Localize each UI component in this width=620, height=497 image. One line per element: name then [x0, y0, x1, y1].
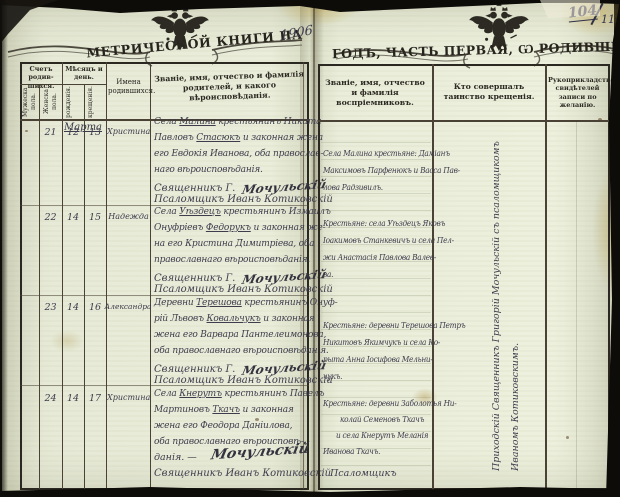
column-header-born: рожденія.	[65, 86, 82, 118]
record-child-name: Христина	[107, 393, 150, 402]
parents-line: Села Малина крестьянинъ Никита	[154, 116, 321, 127]
godparents-line: Крестьяне: села Уѣздецъ Яковъ	[323, 218, 445, 228]
godparents-line: Иванова Ткачъ.	[323, 446, 380, 456]
record-born-day: 14	[63, 302, 83, 313]
record-count-female: 23	[40, 302, 61, 313]
column-header-month-day: Мѣсяцъ и день.	[63, 65, 105, 82]
godparents-line: чукъ.	[323, 371, 342, 381]
parents-line: оба православнаго вѣроисповѣданія.	[154, 345, 329, 356]
godparents-line: рыта Анна Іосифова Мельни-	[323, 354, 433, 364]
record-baptism-day: 16	[85, 302, 105, 313]
record-baptism-day: 13	[85, 127, 105, 138]
parents-line: Деревни Терешова крестьянинъ Онуф-	[154, 297, 337, 308]
godparents-line: колай Семеновъ Ткачъ	[340, 414, 424, 424]
record-count-female: 24	[40, 393, 61, 404]
psalmist-line: Псаломщикъ Иванъ Котиковскій	[154, 375, 333, 386]
officiant-vertical-note: Приходскій Священникъ Григорій Мочульскі…	[487, 136, 529, 471]
parents-line: Села Кнерутъ крестьянинъ Павелъ	[154, 388, 324, 399]
priest-signature-line: Священникъ Г. Мочульскій	[154, 270, 326, 284]
psalmist-line: Псаломщикъ Иванъ Котиковскій	[154, 284, 333, 295]
godparents-line: ва.	[323, 269, 333, 279]
record-born-day: 12	[63, 127, 83, 138]
priest-label: Священникъ Г.	[154, 273, 235, 284]
priest-signature-line: Священникъ Г. Мочульскій	[154, 180, 326, 194]
godparents-line: и села Кнерутъ Меланія	[336, 430, 428, 440]
parents-line: данія. —	[154, 452, 197, 463]
psalmist-line: Псаломщикъ Иванъ Котиковскій	[154, 194, 333, 205]
godparents-line: Крестьяне: деревни Терешова Петръ	[323, 320, 465, 330]
table-line	[576, 120, 577, 488]
parents-line: Павловъ Стасюкъ и законная жена	[154, 132, 323, 143]
parents-line: жена его Феодора Даніилова,	[154, 420, 292, 431]
table-line	[432, 64, 434, 490]
parents-line: Онуфріевъ Федорукъ и законная же-	[154, 222, 325, 233]
metrical-book-scan: МЕТРИЧЕСКОЙ КНИГИ НА 1906 ГОДЪ, ЧАСТЬ ПЕ…	[0, 0, 620, 497]
table-line	[318, 120, 610, 122]
priest-label: Священникъ Г.	[154, 364, 235, 375]
parents-line: его Евдокія Иванова, оба православ-	[154, 148, 323, 159]
godparents-line: Села Малина крестьяне: Даміанъ	[323, 148, 450, 158]
parents-line: Села Уѣздецъ крестьянинъ Измаилъ	[154, 206, 331, 217]
godparents-line: Крестьяне: деревни Заболотья Ни-	[323, 398, 456, 408]
record-born-day: 14	[63, 393, 83, 404]
record-born-day: 14	[63, 212, 83, 223]
priest-signature-line: Священникъ Г. Мочульскій	[154, 361, 326, 375]
godparents-line: жи Анастасія Павлова Валев-	[323, 252, 436, 262]
parents-line: Мартиновъ Ткачъ и законная	[154, 404, 294, 415]
godparents-line: Максимовъ Парфенюкъ и Васса Пав-	[323, 165, 460, 175]
parents-line: на его Кристина Димитріева, оба	[154, 238, 314, 249]
record-count-female: 21	[40, 127, 61, 138]
table-line	[545, 64, 547, 490]
column-header-male: Мужеска пола.	[22, 86, 38, 118]
record-baptism-day: 17	[85, 393, 105, 404]
parents-line: наго вѣроисповѣданія.	[154, 164, 263, 175]
table-line	[84, 84, 85, 489]
godparents-line: лова Радзивилъ.	[323, 182, 383, 192]
godparents-line: Никитовъ Якимчукъ и села Ко-	[323, 337, 440, 347]
column-header-godparents: Званіе, имя, отчество и фамилія воспріем…	[324, 78, 426, 108]
column-header-officiant: Кто совершалъ таинство крещенія.	[438, 82, 540, 102]
parents-line: жена его Варвара Пантелеимонова,	[154, 329, 326, 340]
parents-line: рій Львовъ Ковальчукъ и законная	[154, 313, 314, 324]
record-child-name: Христина	[107, 127, 150, 136]
column-header-baptized: крещенія.	[87, 86, 104, 118]
parents-line: православнаго вѣроисповѣданія.	[154, 254, 310, 265]
folio-number: 104	[567, 3, 598, 23]
column-header-witnesses: Рукоприкладство свидѣтелей записи по жел…	[548, 76, 607, 110]
psalmist-line: Священникъ Иванъ Котиковскій	[154, 468, 331, 479]
record-child-name: Александра	[104, 302, 152, 311]
column-header-female: Женска пола.	[43, 86, 60, 118]
column-header-parents: Званіе, имя, отчество и фамилія родителе…	[153, 69, 307, 105]
folio-secondary-number: 11	[601, 13, 615, 26]
right-table-frame	[318, 64, 610, 490]
psalmist-note: Псаломщикъ	[330, 468, 397, 479]
table-line	[20, 295, 309, 296]
record-baptism-day: 15	[85, 212, 105, 223]
column-header-names: Имена родившихся.	[108, 78, 149, 96]
record-child-name: Надежда	[107, 212, 150, 221]
record-count-female: 22	[40, 212, 61, 223]
godparents-line: Іоакимовъ Станкевичъ и села Пел-	[323, 235, 454, 245]
table-line	[150, 62, 151, 489]
priest-label: Священникъ Г.	[154, 183, 235, 194]
table-line	[39, 84, 40, 489]
